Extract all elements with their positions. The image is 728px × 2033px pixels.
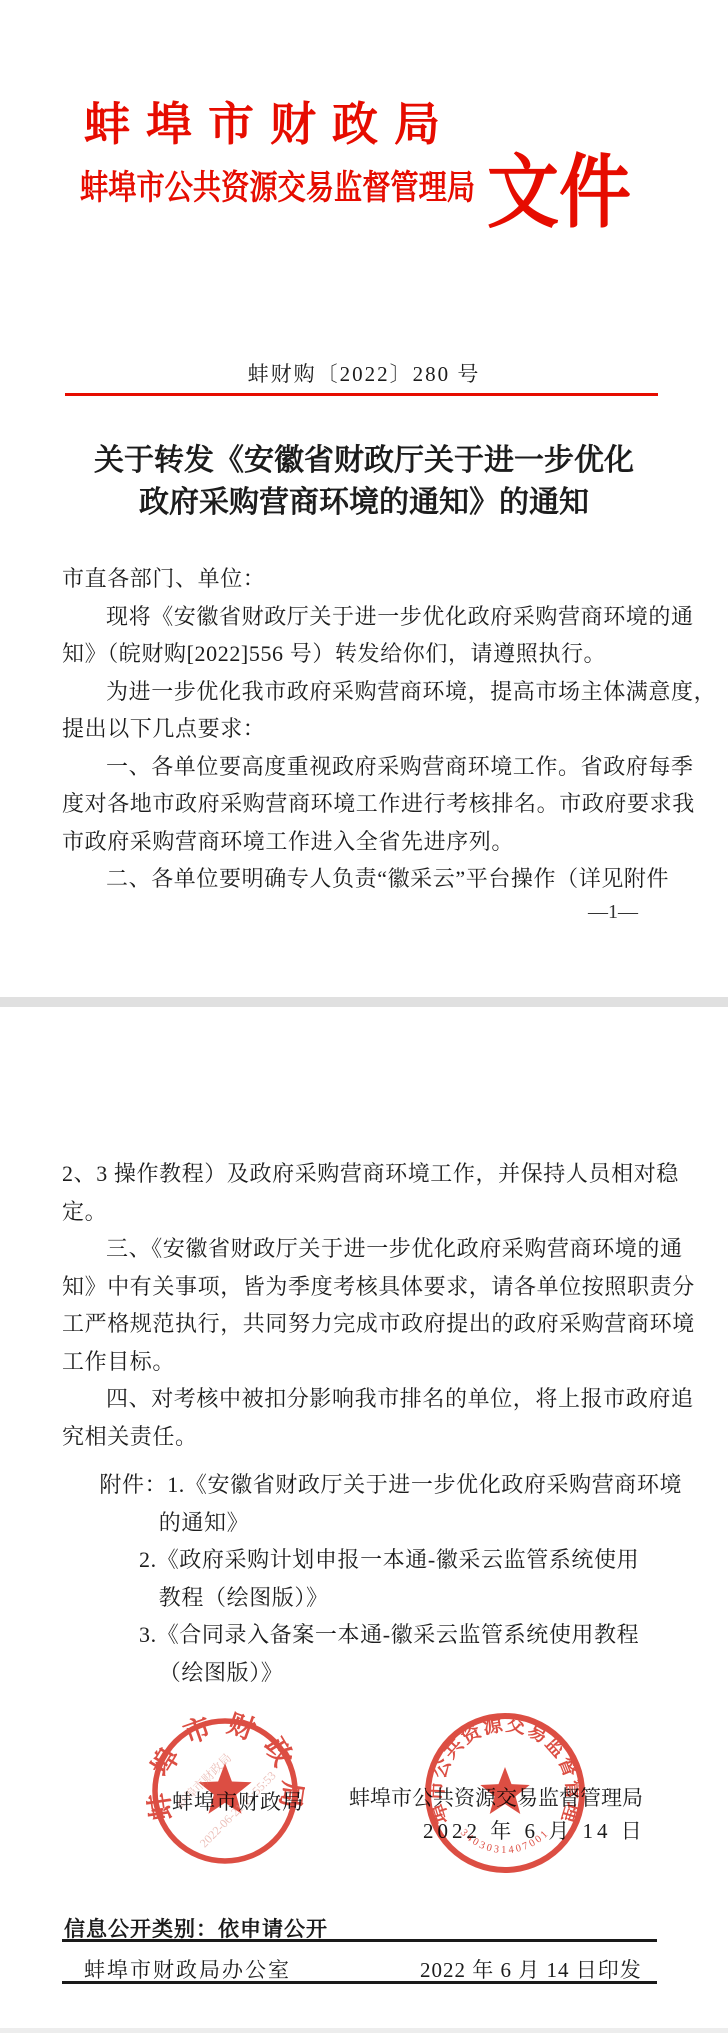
- body-line: 究相关责任。: [62, 1418, 672, 1456]
- attachment-line: 教程（绘图版）》: [62, 1579, 672, 1617]
- page-1: 蚌埠市财政局 蚌埠市公共资源交易监督管理局 文件 蚌财购〔2022〕280 号 …: [0, 0, 728, 997]
- body-line: 市直各部门、单位：: [62, 560, 672, 598]
- doc-number: 蚌财购〔2022〕280 号: [0, 358, 728, 388]
- print-date: 2022 年 6 月 14 日印发: [420, 1954, 642, 1984]
- page1-body-text: 市直各部门、单位：现将《安徽省财政厅关于进一步优化政府采购营商环境的通知》（皖财…: [62, 560, 672, 898]
- official-seal-finance-icon: 蚌埠市财政局 蚌埠市财政局 2022-06-21 15:55:53: [145, 1711, 305, 1871]
- page-2: 2、3 操作教程）及政府采购营商环境工作，并保持人员相对稳定。三、《安徽省财政厅…: [0, 1007, 728, 2028]
- body-line: 提出以下几点要求：: [62, 710, 672, 748]
- page2-body-text: 2、3 操作教程）及政府采购营商环境工作，并保持人员相对稳定。三、《安徽省财政厅…: [62, 1155, 672, 1455]
- document-scan: 蚌埠市财政局 蚌埠市公共资源交易监督管理局 文件 蚌财购〔2022〕280 号 …: [0, 0, 728, 2033]
- body-line: 度对各地市政府采购营商环境工作进行考核排名。市政府要求我: [62, 785, 672, 823]
- header-org-line2: 蚌埠市公共资源交易监督管理局: [80, 160, 475, 209]
- body-line: 二、各单位要明确专人负责“徽采云”平台操作（详见附件: [62, 860, 672, 898]
- body-line: 为进一步优化我市政府采购营商环境，提高市场主体满意度，: [62, 673, 672, 711]
- attachment-line: （绘图版）》: [62, 1654, 672, 1692]
- attachment-line: 2.《政府采购计划申报一本通-徽采云监管系统使用: [62, 1541, 672, 1579]
- title-line: 关于转发《安徽省财政厅关于进一步优化: [0, 440, 728, 482]
- header-org-line1: 蚌埠市财政局: [84, 88, 456, 154]
- body-line: 四、对考核中被扣分影响我市排名的单位，将上报市政府追: [62, 1380, 672, 1418]
- title-line: 政府采购营商环境的通知》的通知: [0, 482, 728, 524]
- attachment-line: 附件：1.《安徽省财政厅关于进一步优化政府采购营商环境: [62, 1466, 672, 1504]
- body-line: 工严格规范执行，共同努力完成市政府提出的政府采购营商环境: [62, 1305, 672, 1343]
- attachments-list: 附件：1.《安徽省财政厅关于进一步优化政府采购营商环境的通知》2.《政府采购计划…: [62, 1466, 672, 1691]
- header-doc-type: 文件: [487, 128, 631, 243]
- svg-text:3403031407001: 3403031407001: [458, 1827, 552, 1856]
- body-line: 三、《安徽省财政厅关于进一步优化政府采购营商环境的通: [62, 1230, 672, 1268]
- body-line: 2、3 操作教程）及政府采购营商环境工作，并保持人员相对稳: [62, 1155, 672, 1193]
- document-title: 关于转发《安徽省财政厅关于进一步优化政府采购营商环境的通知》的通知: [0, 440, 728, 524]
- official-seal-public-resource-icon: 蚌埠市公共资源交易监督管理局 3403031407001: [420, 1708, 590, 1878]
- attachment-line: 的通知》: [62, 1504, 672, 1542]
- page-number: —1—: [588, 901, 638, 924]
- body-line: 现将《安徽省财政厅关于进一步优化政府采购营商环境的通: [62, 598, 672, 636]
- footer-rule-top: [62, 1939, 657, 1942]
- body-line: 定。: [62, 1193, 672, 1231]
- page-separator-bottom: [0, 2028, 728, 2033]
- body-line: 知》（皖财购[2022]556 号）转发给你们，请遵照执行。: [62, 635, 672, 673]
- svg-text:蚌埠市公共资源交易监督管理局: 蚌埠市公共资源交易监督管理局: [420, 1708, 585, 1826]
- red-divider-line: [65, 393, 658, 396]
- body-line: 工作目标。: [62, 1343, 672, 1381]
- footer-rule-bottom: [62, 1981, 657, 1984]
- page-separator: [0, 997, 728, 1007]
- body-line: 市政府采购营商环境工作进入全省先进序列。: [62, 823, 672, 861]
- body-line: 知》中有关事项，皆为季度考核具体要求，请各单位按照职责分: [62, 1268, 672, 1306]
- attachment-line: 3.《合同录入备案一本通-徽采云监管系统使用教程: [62, 1616, 672, 1654]
- body-line: 一、各单位要高度重视政府采购营商环境工作。省政府每季: [62, 748, 672, 786]
- issuing-office: 蚌埠市财政局办公室: [84, 1954, 291, 1984]
